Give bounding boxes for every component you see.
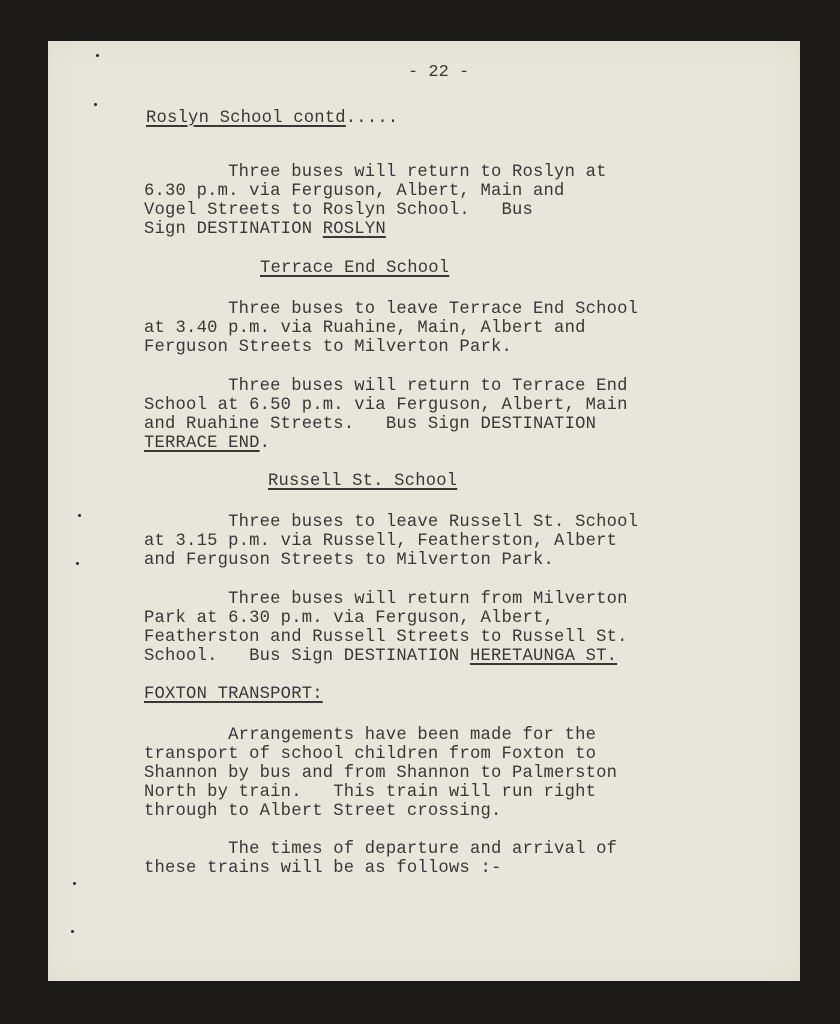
paragraph-line: at 3.40 p.m. via Ruahine, Main, Albert a… xyxy=(144,321,586,337)
paragraph-line: Park at 6.30 p.m. via Ferguson, Albert, xyxy=(144,611,554,627)
paragraph-line: 6.30 p.m. via Ferguson, Albert, Main and xyxy=(144,184,565,200)
paragraph-line: through to Albert Street crossing. xyxy=(144,804,501,820)
section-heading-russell-st: Russell St. School xyxy=(268,474,457,490)
paragraph-line: and Ferguson Streets to Milverton Park. xyxy=(144,553,554,569)
paragraph-line: North by train. This train will run righ… xyxy=(144,785,596,801)
punch-mark xyxy=(71,930,74,933)
paragraph-line: School. Bus Sign DESTINATION HERETAUNGA … xyxy=(144,649,617,665)
punch-mark xyxy=(94,103,97,106)
paragraph-line: Shannon by bus and from Shannon to Palme… xyxy=(144,766,617,782)
paragraph-line: Featherston and Russell Streets to Russe… xyxy=(144,630,628,646)
paragraph-line: these trains will be as follows :- xyxy=(144,861,501,877)
paragraph-line: Sign DESTINATION ROSLYN xyxy=(144,222,386,238)
punch-mark xyxy=(76,562,79,565)
section-heading-terrace-end: Terrace End School xyxy=(260,261,449,277)
punch-mark xyxy=(78,514,81,517)
paragraph-line: Three buses will return from Milverton xyxy=(144,592,628,608)
paragraph-line: TERRACE END. xyxy=(144,436,270,452)
paragraph-line: and Ruahine Streets. Bus Sign DESTINATIO… xyxy=(144,417,596,433)
paragraph-line: at 3.15 p.m. via Russell, Featherston, A… xyxy=(144,534,617,550)
paragraph-line: Three buses will return to Terrace End xyxy=(144,379,628,395)
paragraph-line: The times of departure and arrival of xyxy=(144,842,617,858)
paragraph-line: Ferguson Streets to Milverton Park. xyxy=(144,340,512,356)
paragraph-line: Three buses to leave Terrace End School xyxy=(144,302,638,318)
paragraph-line: School at 6.50 p.m. via Ferguson, Albert… xyxy=(144,398,628,414)
punch-mark xyxy=(96,54,99,57)
paragraph-line: Vogel Streets to Roslyn School. Bus xyxy=(144,203,533,219)
section-heading-roslyn: Roslyn School contd..... xyxy=(146,111,398,127)
page-edge-mark xyxy=(800,570,805,578)
paragraph-line: Three buses will return to Roslyn at xyxy=(144,165,607,181)
paragraph-line: transport of school children from Foxton… xyxy=(144,747,596,763)
paragraph-line: Arrangements have been made for the xyxy=(144,728,596,744)
paragraph-line: Three buses to leave Russell St. School xyxy=(144,515,638,531)
punch-mark xyxy=(73,882,76,885)
page-number: - 22 - xyxy=(408,63,469,82)
section-heading-foxton-transport: FOXTON TRANSPORT: xyxy=(144,687,323,703)
